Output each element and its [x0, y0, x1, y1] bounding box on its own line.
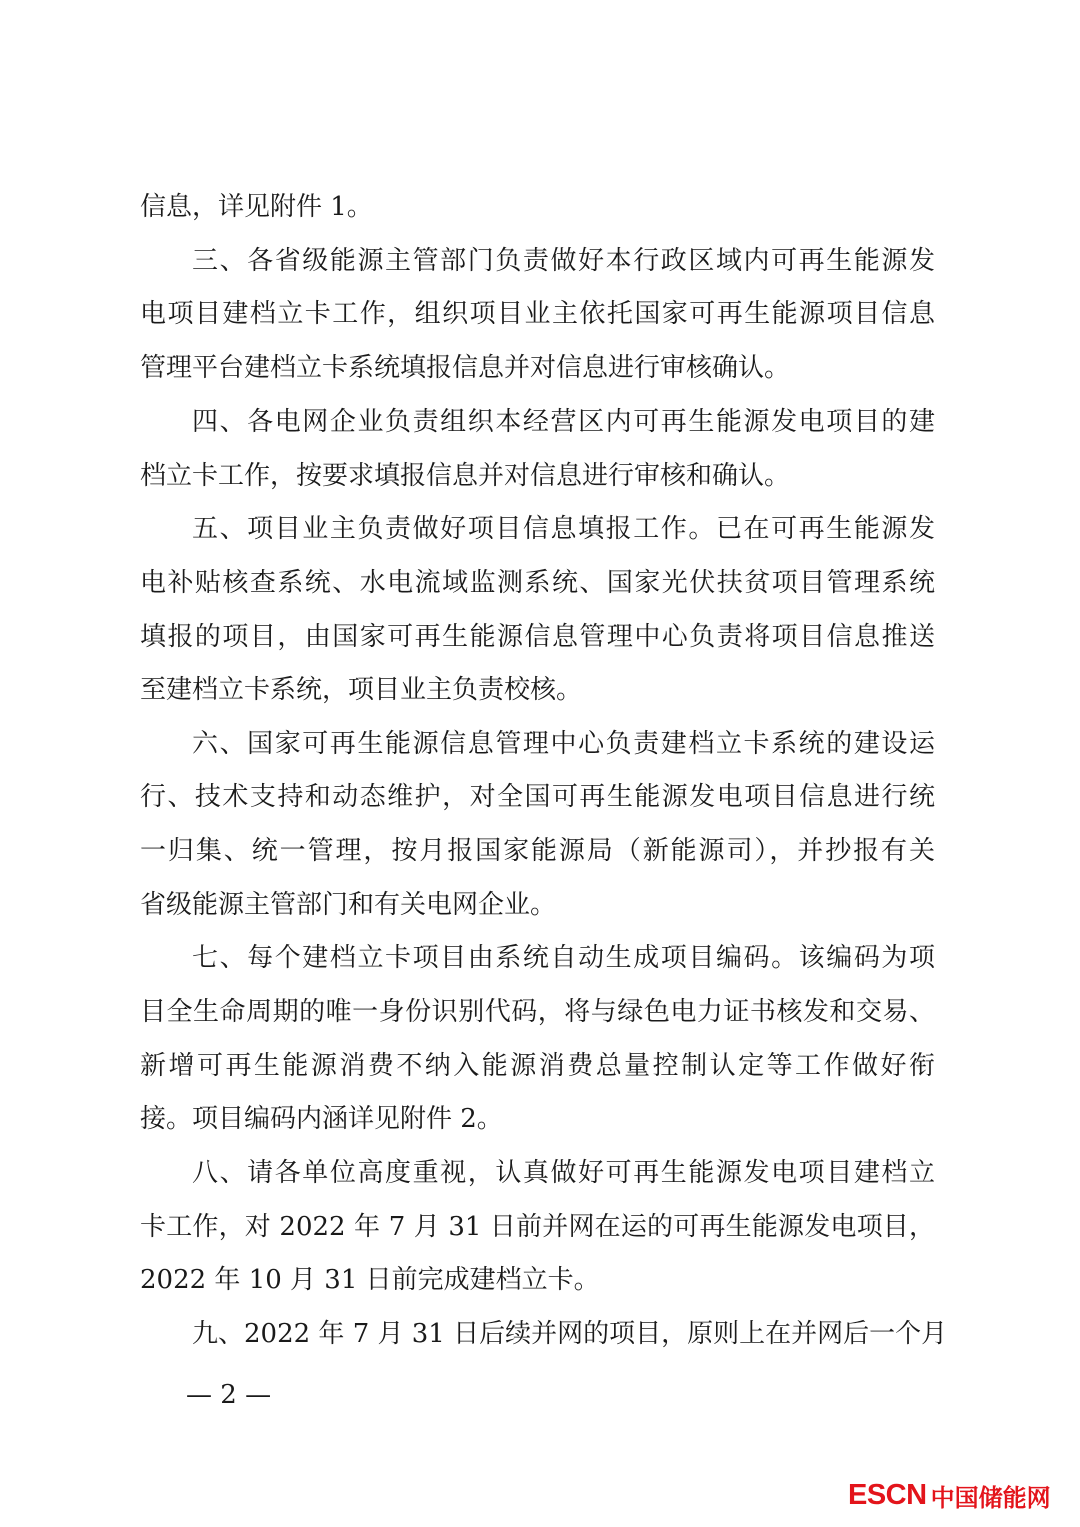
escn-watermark-logo: ESCN 中国储能网 [848, 1478, 1051, 1512]
text-line: 信息，详见附件 1。 [140, 187, 935, 227]
logo-cn-text: 中国储能网 [931, 1478, 1051, 1513]
paragraph-5-line-1: 五、项目业主负责做好项目信息填报工作。已在可再生能源发 [192, 509, 935, 549]
paragraph-7-line-1: 七、每个建档立卡项目由系统自动生成项目编码。该编码为项 [192, 938, 935, 978]
page-number: — 2 — [186, 1375, 271, 1415]
paragraph-9-line-1: 九、2022 年 7 月 31 日后续并网的项目，原则上在并网后一个月 [192, 1314, 935, 1354]
paragraph-6-line-4: 省级能源主管部门和有关电网企业。 [140, 885, 935, 925]
paragraph-8-line-3: 2022 年 10 月 31 日前完成建档立卡。 [140, 1260, 935, 1300]
paragraph-4-line-1: 四、各电网企业负责组织本经营区内可再生能源发电项目的建 [192, 402, 935, 442]
paragraph-5-line-4: 至建档立卡系统，项目业主负责校核。 [140, 670, 935, 710]
paragraph-7-line-4: 接。项目编码内涵详见附件 2。 [140, 1099, 935, 1139]
paragraph-6-line-1: 六、国家可再生能源信息管理中心负责建档立卡系统的建设运 [192, 724, 935, 764]
paragraph-3-line-2: 电项目建档立卡工作，组织项目业主依托国家可再生能源项目信息 [140, 294, 935, 334]
paragraph-6-line-2: 行、技术支持和动态维护，对全国可再生能源发电项目信息进行统 [140, 777, 935, 817]
paragraph-7-line-3: 新增可再生能源消费不纳入能源消费总量控制认定等工作做好衔 [140, 1046, 935, 1086]
paragraph-7-line-2: 目全生命周期的唯一身份识别代码，将与绿色电力证书核发和交易、 [140, 992, 935, 1032]
paragraph-3-line-1: 三、各省级能源主管部门负责做好本行政区域内可再生能源发 [192, 241, 935, 281]
paragraph-5-line-2: 电补贴核查系统、水电流域监测系统、国家光伏扶贫项目管理系统 [140, 563, 935, 603]
paragraph-5-line-3: 填报的项目，由国家可再生能源信息管理中心负责将项目信息推送 [140, 617, 935, 657]
paragraph-6-line-3: 一归集、统一管理，按月报国家能源局（新能源司），并抄报有关 [140, 831, 935, 871]
paragraph-4-line-2: 档立卡工作，按要求填报信息并对信息进行审核和确认。 [140, 456, 935, 496]
paragraph-8-line-1: 八、请各单位高度重视，认真做好可再生能源发电项目建档立 [192, 1153, 935, 1193]
logo-en-text: ESCN [848, 1479, 927, 1512]
paragraph-8-line-2: 卡工作，对 2022 年 7 月 31 日前并网在运的可再生能源发电项目， [140, 1207, 935, 1247]
paragraph-3-line-3: 管理平台建档立卡系统填报信息并对信息进行审核确认。 [140, 348, 935, 388]
